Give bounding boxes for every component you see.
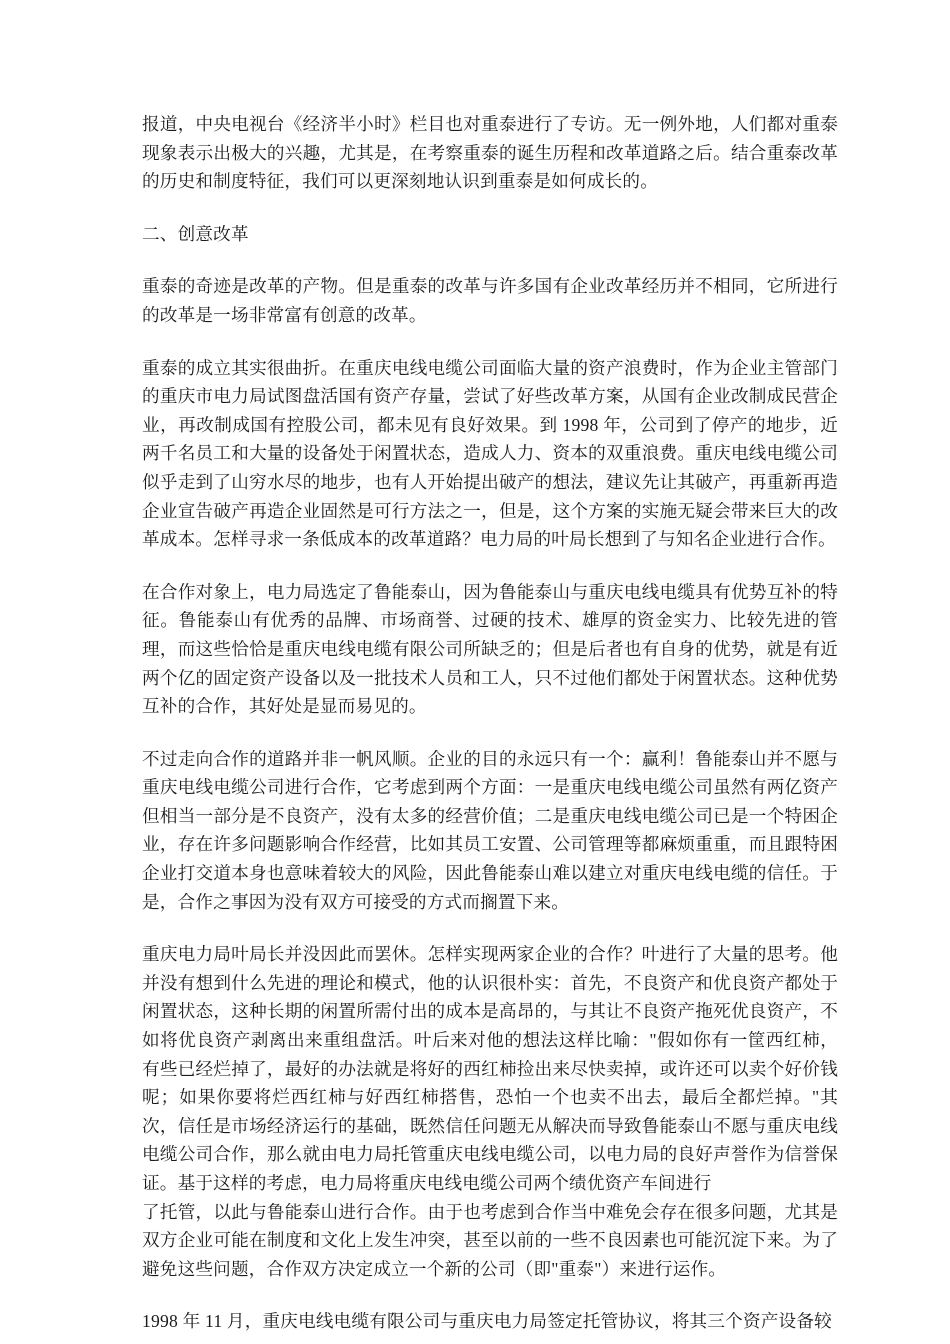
paragraph-partner-selection: 在合作对象上，电力局选定了鲁能泰山，因为鲁能泰山与重庆电线电缆具有优势互补的特征… <box>142 578 838 721</box>
paragraph-reform-miracle: 重泰的奇迹是改革的产物。但是重泰的改革与许多国有企业改革经历并不相同，它所进行的… <box>142 272 838 329</box>
paragraph-trusteeship-agreement: 1998 年 11 月，重庆电线电缆有限公司与重庆电力局签定托管协议，将其三个资… <box>142 1307 838 1336</box>
document-page: 报道，中央电视台《经济半小时》栏目也对重泰进行了专访。无一例外地，人们都对重泰现… <box>0 0 950 1344</box>
paragraph-ye-thinking-part1: 重庆电力局叶局长并没因此而罢休。怎样实现两家企业的合作？叶进行了大量的思考。他并… <box>142 940 838 1197</box>
paragraph-cooperation-obstacles: 不过走向合作的道路并非一帆风顺。企业的目的永远只有一个：赢利！鲁能泰山并不愿与重… <box>142 745 838 917</box>
document-body: 报道，中央电视台《经济半小时》栏目也对重泰进行了专访。无一例外地，人们都对重泰现… <box>142 110 838 1336</box>
paragraph-founding-history: 重泰的成立其实很曲折。在重庆电线电缆公司面临大量的资产浪费时，作为企业主管部门的… <box>142 354 838 554</box>
section-heading-creative-reform: 二、创意改革 <box>142 220 838 249</box>
paragraph-report-intro: 报道，中央电视台《经济半小时》栏目也对重泰进行了专访。无一例外地，人们都对重泰现… <box>142 110 838 196</box>
paragraph-ye-thinking-part2: 了托管，以此与鲁能泰山进行合作。由于也考虑到合作当中难免会存在很多问题，尤其是双… <box>142 1198 838 1284</box>
